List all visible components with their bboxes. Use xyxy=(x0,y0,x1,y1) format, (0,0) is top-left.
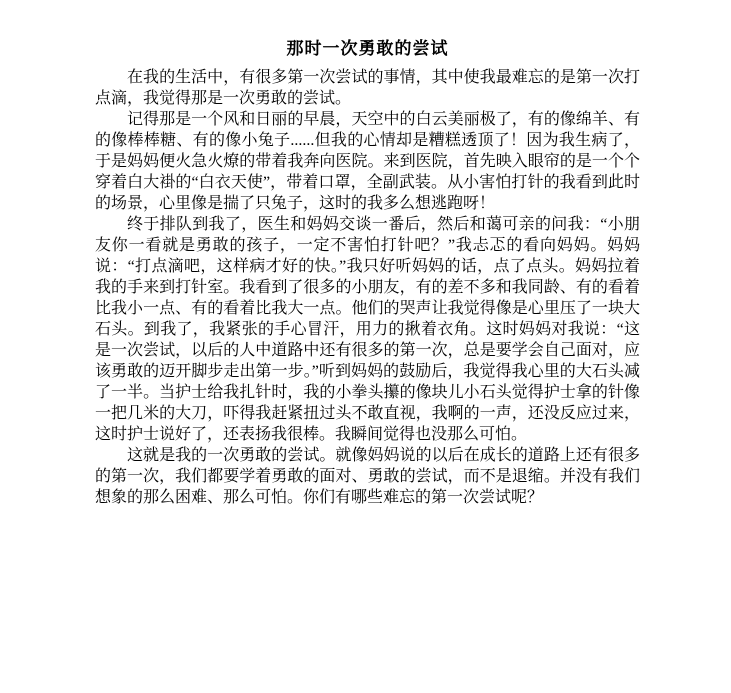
essay-paragraph-1: 在我的生活中，有很多第一次尝试的事情，其中使我最难忘的是第一次打点滴，我觉得那是… xyxy=(95,67,640,109)
essay-title: 那时一次勇敢的尝试 xyxy=(95,38,640,60)
document-page: 那时一次勇敢的尝试 在我的生活中，有很多第一次尝试的事情，其中使我最难忘的是第一… xyxy=(0,0,731,693)
essay-paragraph-2: 记得那是一个风和日丽的早晨，天空中的白云美丽极了，有的像绵羊、有的像棒棒糖、有的… xyxy=(95,109,640,214)
essay-paragraph-4: 这就是我的一次勇敢的尝试。就像妈妈说的以后在成长的道路上还有很多的第一次，我们都… xyxy=(95,445,640,508)
essay-paragraph-3: 终于排队到我了，医生和妈妈交谈一番后，然后和蔼可亲的问我：“小朋友你一看就是勇敢… xyxy=(95,214,640,445)
